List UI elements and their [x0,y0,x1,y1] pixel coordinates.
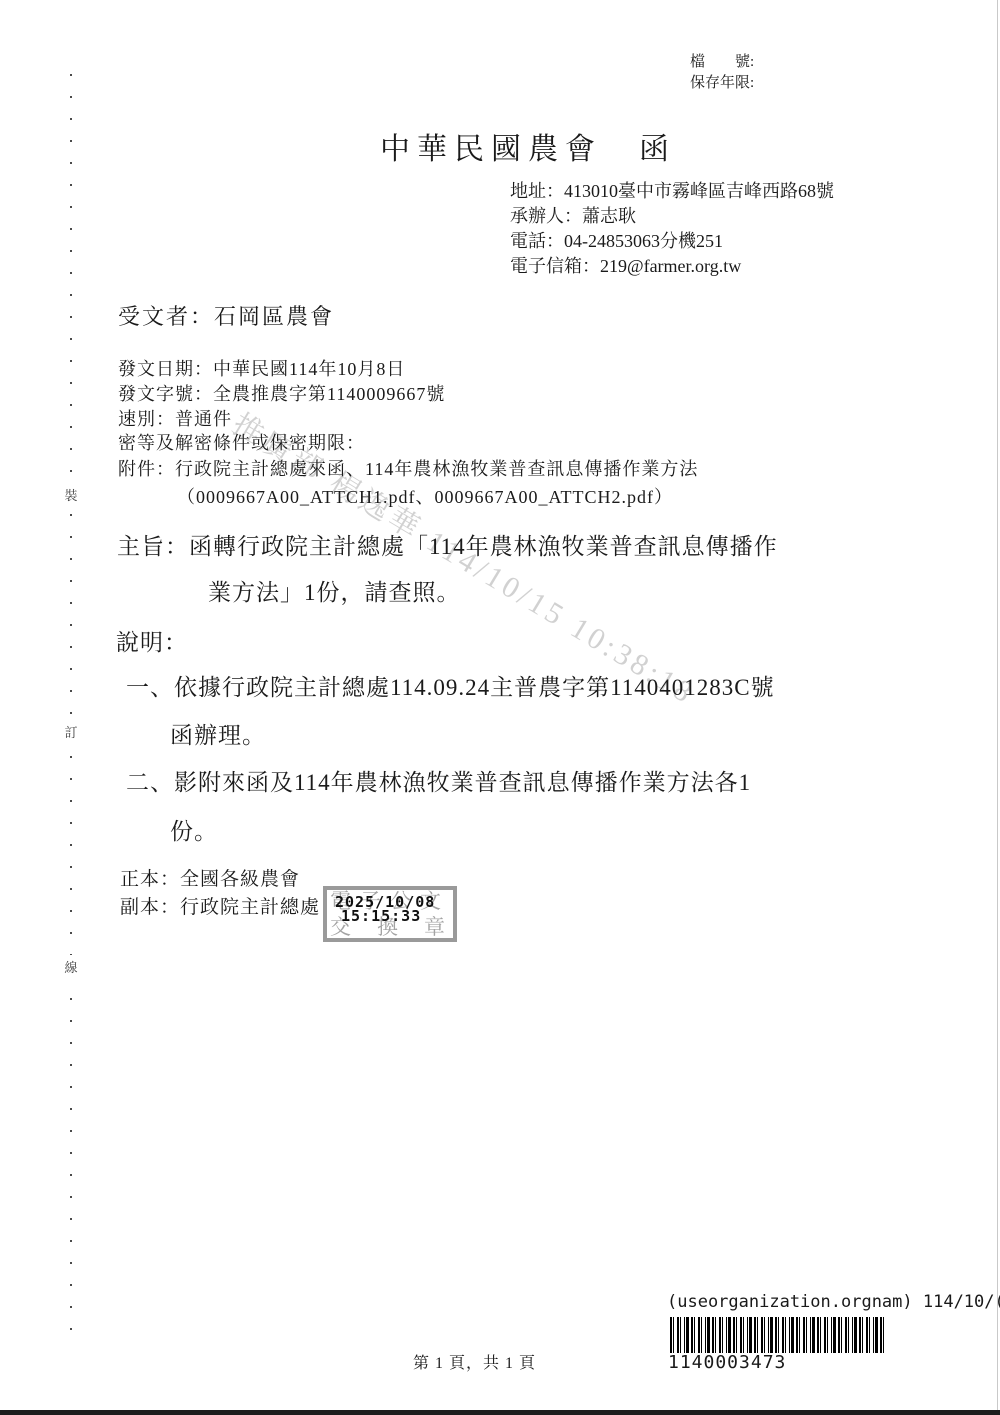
cc-copy-line: 副本：行政院主計總處 [120,892,320,919]
issue-date-line: 發文日期：中華民國114年10月8日 [118,355,405,381]
contact-email: 電子信箱：219@farmer.org.tw [510,254,834,279]
binding-mark-xian: 線 [61,955,81,978]
original-copy-line: 正本：全國各級農會 [120,864,300,891]
binding-mark-ding: 訂 [61,720,81,743]
contact-person: 承辦人：蕭志耿 [510,204,834,229]
page-right-edge [997,0,998,1415]
description-heading: 說明： [116,624,188,657]
official-letter-page: 裝 訂 線 檔 號: 保存年限: 中華民國農會 函 地址：413010臺中市霧峰… [0,0,1000,1415]
archive-block: 檔 號: 保存年限: [690,52,754,94]
stamp-time: 15:15:33 [341,907,421,925]
contact-phone: 電話：04-24853063分機251 [510,229,834,254]
document-barcode [670,1317,884,1353]
page-bottom-edge [0,1410,1000,1415]
description-item2-line2: 份。 [170,813,218,846]
electronic-exchange-stamp: 電子公文 交換章 2025/10/08 15:15:33 [323,886,457,942]
binding-dotted-line [70,74,72,1346]
description-item1-line1: 一、依據行政院主計總處114.09.24主普農字第1140401283C號 [126,669,775,702]
page-number-info: 第 1 頁，共 1 頁 [413,1350,536,1373]
org-identifier-line: (useorganization.orgnam) 114/10/( [667,1292,1000,1312]
document-title: 中華民國農會 函 [380,124,676,168]
description-item2-line1: 二、影附來函及114年農林漁牧業普查訊息傳播作業方法各1 [126,764,751,797]
recipient-line: 受文者：石岡區農會 [118,300,334,331]
subject-line-2: 業方法」1份，請查照。 [208,574,461,607]
barcode-number: 1140003473 [668,1352,786,1373]
sender-address: 地址：413010臺中市霧峰區吉峰西路68號 [510,179,834,204]
attachment-files-line: （0009667A00_ATTCH1.pdf、0009667A00_ATTCH2… [177,483,673,509]
speed-line: 速別：普通件 [118,405,232,431]
doc-number-line: 發文字號：全農推農字第1140009667號 [118,380,445,406]
subject-line-1: 主旨：函轉行政院主計總處「114年農林漁牧業普查訊息傳播作 [117,528,778,561]
security-line: 密等及解密條件或保密期限： [118,429,365,455]
file-number-label: 檔 號: [690,52,754,73]
binding-mark-zhuang: 裝 [61,483,81,506]
description-item1-line2: 函辦理。 [170,717,266,750]
sender-contact-block: 地址：413010臺中市霧峰區吉峰西路68號 承辦人：蕭志耿 電話：04-248… [510,179,834,279]
retention-period-label: 保存年限: [690,73,754,94]
attachment-line: 附件：行政院主計總處來函、114年農林漁牧業普查訊息傳播作業方法 [118,455,698,481]
